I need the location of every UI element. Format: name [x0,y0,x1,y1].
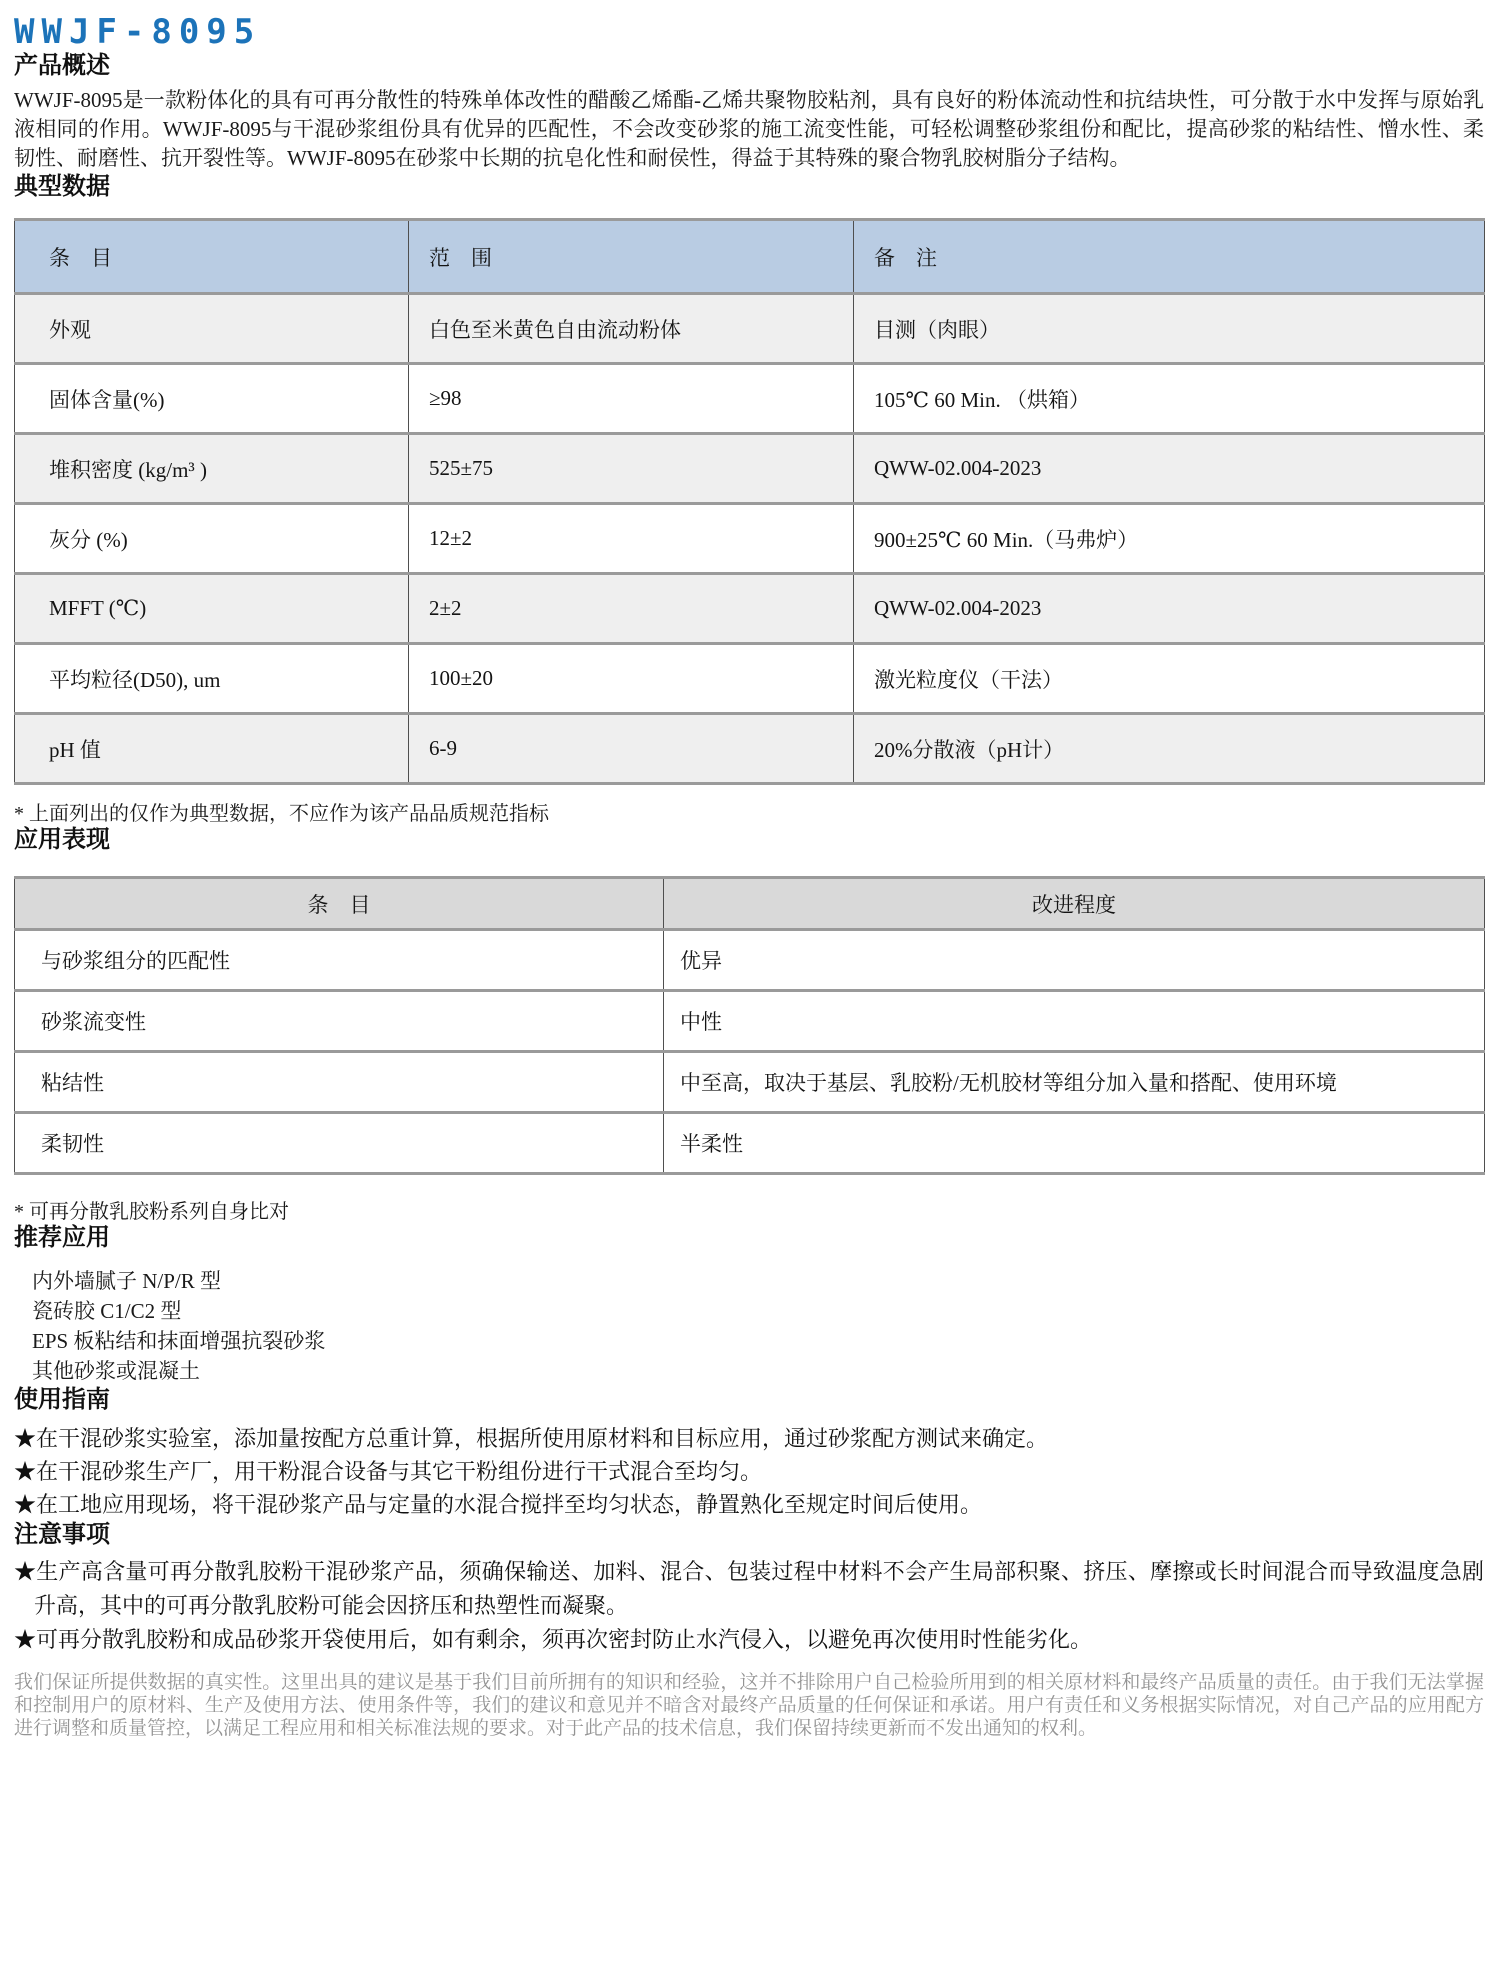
table-cell: MFFT (℃) [15,574,409,644]
usage-bullet-text: 在干混砂浆实验室，添加量按配方总重计算，根据所使用原材料和目标应用，通过砂浆配方… [36,1426,1048,1451]
typical-data-table: 条 目 范 围 备 注 外观 白色至米黄色自由流动粉体 目测（肉眼） 固体含量(… [14,218,1485,785]
table-header-improvement: 改进程度 [664,878,1485,930]
document-page: WWJF-8095 产品概述 WWJF-8095是一款粉体化的具有可再分散性的特… [0,0,1500,1740]
table-cell: 12±2 [409,504,854,574]
table-cell: 900±25℃ 60 Min.（马弗炉） [854,504,1485,574]
section-heading-typical-data: 典型数据 [14,173,1484,201]
typical-data-footnote: * 上面列出的仅作为典型数据，不应作为该产品品质规范指标 [14,803,1484,826]
table-cell: ≥98 [409,364,854,434]
table-row: 灰分 (%) 12±2 900±25℃ 60 Min.（马弗炉） [15,504,1485,574]
star-bullet-icon: ★ [14,1559,36,1584]
table-cell: 平均粒径(D50), um [15,644,409,714]
table-cell: QWW-02.004-2023 [854,574,1485,644]
table-header-remark: 备 注 [854,220,1485,294]
table-cell: 柔韧性 [15,1113,664,1174]
table-cell: 固体含量(%) [15,364,409,434]
table-cell: 100±20 [409,644,854,714]
table-cell: 灰分 (%) [15,504,409,574]
table-header-row: 条 目 范 围 备 注 [15,220,1485,294]
section-heading-overview: 产品概述 [14,52,1484,80]
star-bullet-icon: ★ [14,1459,36,1484]
table-row: 粘结性 中至高，取决于基层、乳胶粉/无机胶材等组分加入量和搭配、使用环境 [15,1052,1485,1113]
notes-bullet-text: 可再分散乳胶粉和成品砂浆开袋使用后，如有剩余，须再次密封防止水汽侵入，以避免再次… [36,1627,1092,1652]
table-cell: 砂浆流变性 [15,991,664,1052]
usage-bullet-text: 在干混砂浆生产厂，用干粉混合设备与其它干粉组份进行干式混合至均匀。 [36,1459,762,1484]
star-bullet-icon: ★ [14,1627,36,1652]
table-row: 堆积密度 (kg/m³ ) 525±75 QWW-02.004-2023 [15,434,1485,504]
list-item: 其他砂浆或混凝土 [32,1356,1484,1386]
section-heading-usage: 使用指南 [14,1386,1484,1414]
table-cell: 白色至米黄色自由流动粉体 [409,294,854,364]
table-header-item: 条 目 [15,878,664,930]
usage-bullet-text: 在工地应用现场，将干混砂浆产品与定量的水混合搅拌至均匀状态，静置熟化至规定时间后… [36,1492,982,1517]
table-cell: 6-9 [409,714,854,784]
table-cell: 中性 [664,991,1485,1052]
section-heading-notes: 注意事项 [14,1521,1484,1549]
notes-bullet: ★生产高含量可再分散乳胶粉干混砂浆产品，须确保输送、加料、混合、包装过程中材料不… [14,1555,1484,1623]
star-bullet-icon: ★ [14,1492,36,1517]
star-bullet-icon: ★ [14,1426,36,1451]
table-cell: 优异 [664,930,1485,991]
usage-bullet-list: ★在干混砂浆实验室，添加量按配方总重计算，根据所使用原材料和目标应用，通过砂浆配… [14,1422,1484,1521]
table-cell: 目测（肉眼） [854,294,1485,364]
table-cell: 粘结性 [15,1052,664,1113]
usage-bullet: ★在干混砂浆生产厂，用干粉混合设备与其它干粉组份进行干式混合至均匀。 [14,1455,1484,1488]
table-cell: QWW-02.004-2023 [854,434,1485,504]
table-header-row: 条 目 改进程度 [15,878,1485,930]
table-row: 柔韧性 半柔性 [15,1113,1485,1174]
table-cell: 外观 [15,294,409,364]
table-cell: 20%分散液（pH计） [854,714,1485,784]
table-row: 固体含量(%) ≥98 105℃ 60 Min. （烘箱） [15,364,1485,434]
page-title: WWJF-8095 [14,12,1484,52]
disclaimer-text: 我们保证所提供数据的真实性。这里出具的建议是基于我们目前所拥有的知识和经验，这并… [14,1671,1484,1740]
recommended-list: 内外墙腻子 N/P/R 型 瓷砖胶 C1/C2 型 EPS 板粘结和抹面增强抗裂… [14,1266,1484,1386]
table-row: pH 值 6-9 20%分散液（pH计） [15,714,1485,784]
usage-bullet: ★在工地应用现场，将干混砂浆产品与定量的水混合搅拌至均匀状态，静置熟化至规定时间… [14,1488,1484,1521]
table-row: 砂浆流变性 中性 [15,991,1485,1052]
section-heading-application: 应用表现 [14,826,1484,854]
application-footnote: * 可再分散乳胶粉系列自身比对 [14,1201,1484,1224]
list-item: 内外墙腻子 N/P/R 型 [32,1266,1484,1296]
table-row: 外观 白色至米黄色自由流动粉体 目测（肉眼） [15,294,1485,364]
table-cell: 105℃ 60 Min. （烘箱） [854,364,1485,434]
usage-bullet: ★在干混砂浆实验室，添加量按配方总重计算，根据所使用原材料和目标应用，通过砂浆配… [14,1422,1484,1455]
table-header-item: 条 目 [15,220,409,294]
notes-bullet-list: ★生产高含量可再分散乳胶粉干混砂浆产品，须确保输送、加料、混合、包装过程中材料不… [14,1555,1484,1657]
section-heading-recommended: 推荐应用 [14,1224,1484,1252]
table-cell: pH 值 [15,714,409,784]
table-header-range: 范 围 [409,220,854,294]
list-item: EPS 板粘结和抹面增强抗裂砂浆 [32,1326,1484,1356]
table-row: MFFT (℃) 2±2 QWW-02.004-2023 [15,574,1485,644]
list-item: 瓷砖胶 C1/C2 型 [32,1296,1484,1326]
notes-bullet: ★可再分散乳胶粉和成品砂浆开袋使用后，如有剩余，须再次密封防止水汽侵入，以避免再… [14,1623,1484,1657]
application-table: 条 目 改进程度 与砂浆组分的匹配性 优异 砂浆流变性 中性 粘结性 中至高，取… [14,876,1485,1175]
table-cell: 激光粒度仪（干法） [854,644,1485,714]
overview-paragraph: WWJF-8095是一款粉体化的具有可再分散性的特殊单体改性的醋酸乙烯酯-乙烯共… [14,86,1484,173]
notes-bullet-text: 生产高含量可再分散乳胶粉干混砂浆产品，须确保输送、加料、混合、包装过程中材料不会… [34,1559,1484,1618]
table-cell: 中至高，取决于基层、乳胶粉/无机胶材等组分加入量和搭配、使用环境 [664,1052,1485,1113]
table-row: 平均粒径(D50), um 100±20 激光粒度仪（干法） [15,644,1485,714]
table-cell: 525±75 [409,434,854,504]
table-cell: 堆积密度 (kg/m³ ) [15,434,409,504]
table-cell: 2±2 [409,574,854,644]
table-cell: 半柔性 [664,1113,1485,1174]
table-row: 与砂浆组分的匹配性 优异 [15,930,1485,991]
table-cell: 与砂浆组分的匹配性 [15,930,664,991]
